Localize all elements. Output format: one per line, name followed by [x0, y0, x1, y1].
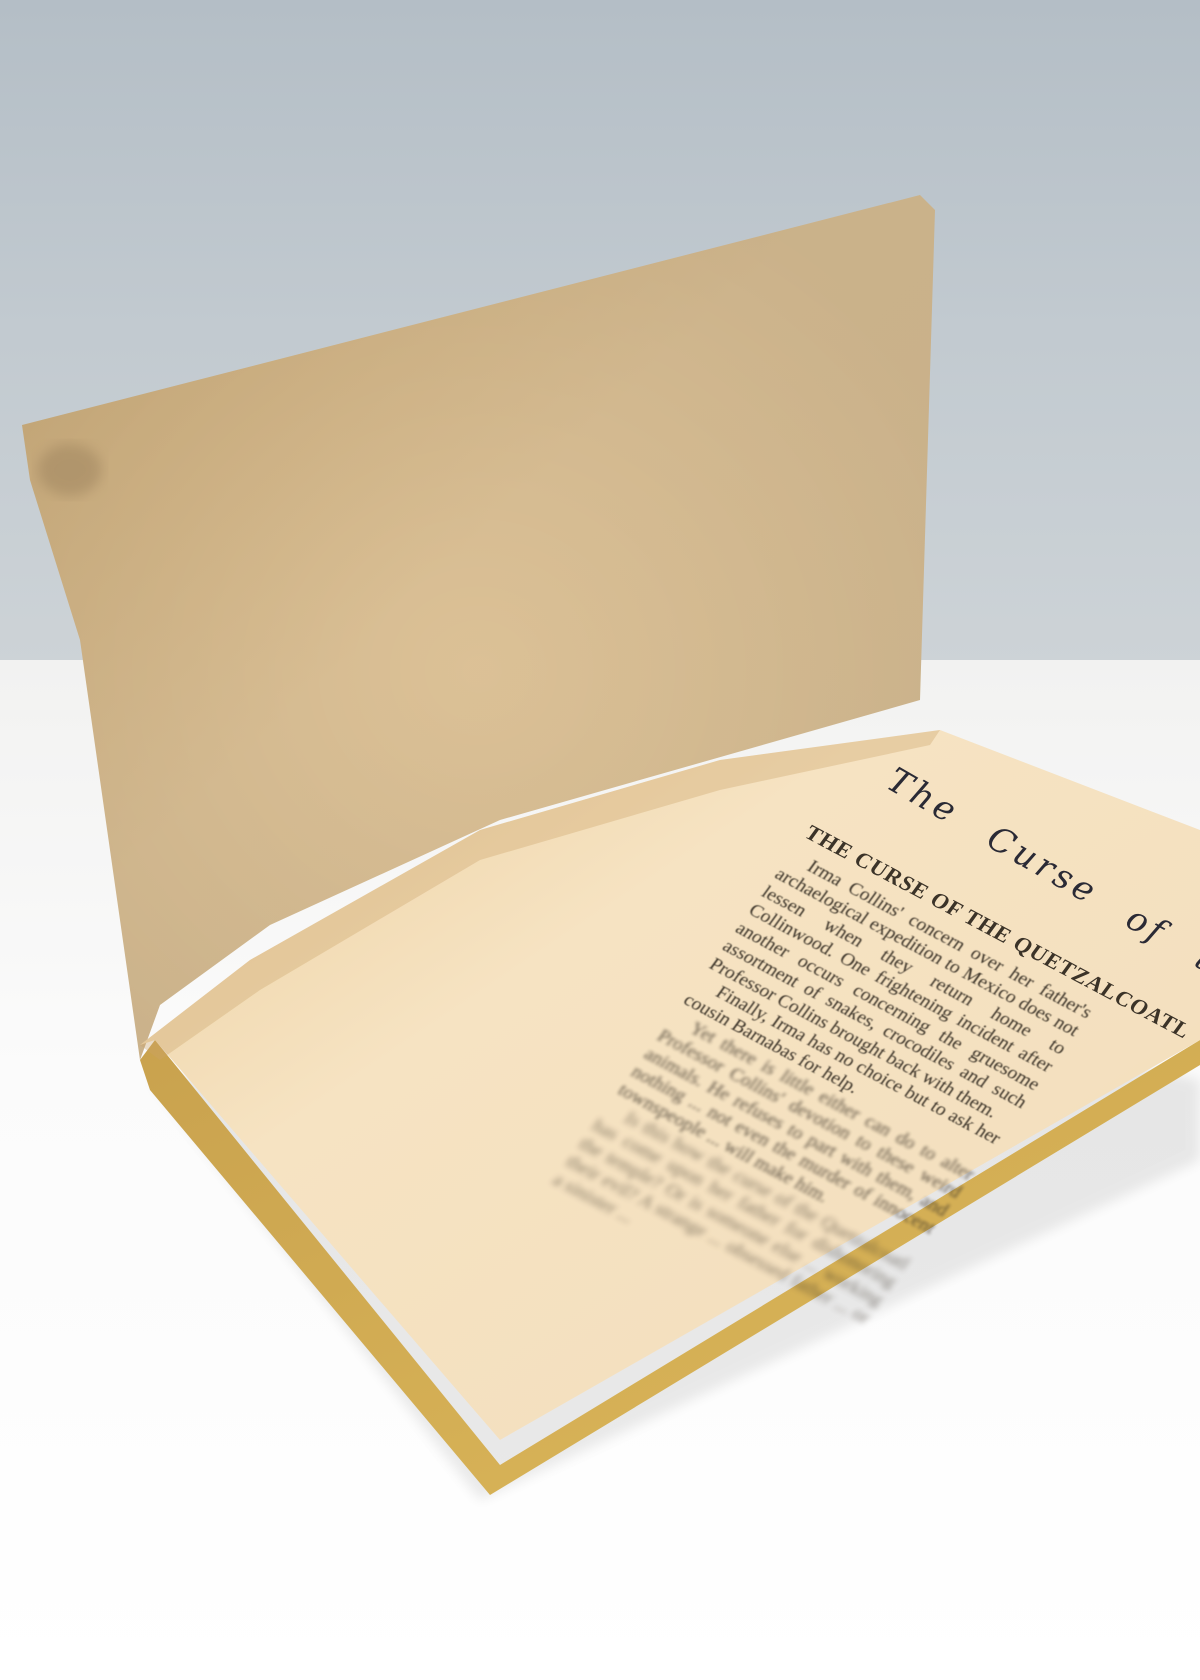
cover-stain — [38, 444, 102, 496]
open-book — [0, 0, 1200, 1680]
